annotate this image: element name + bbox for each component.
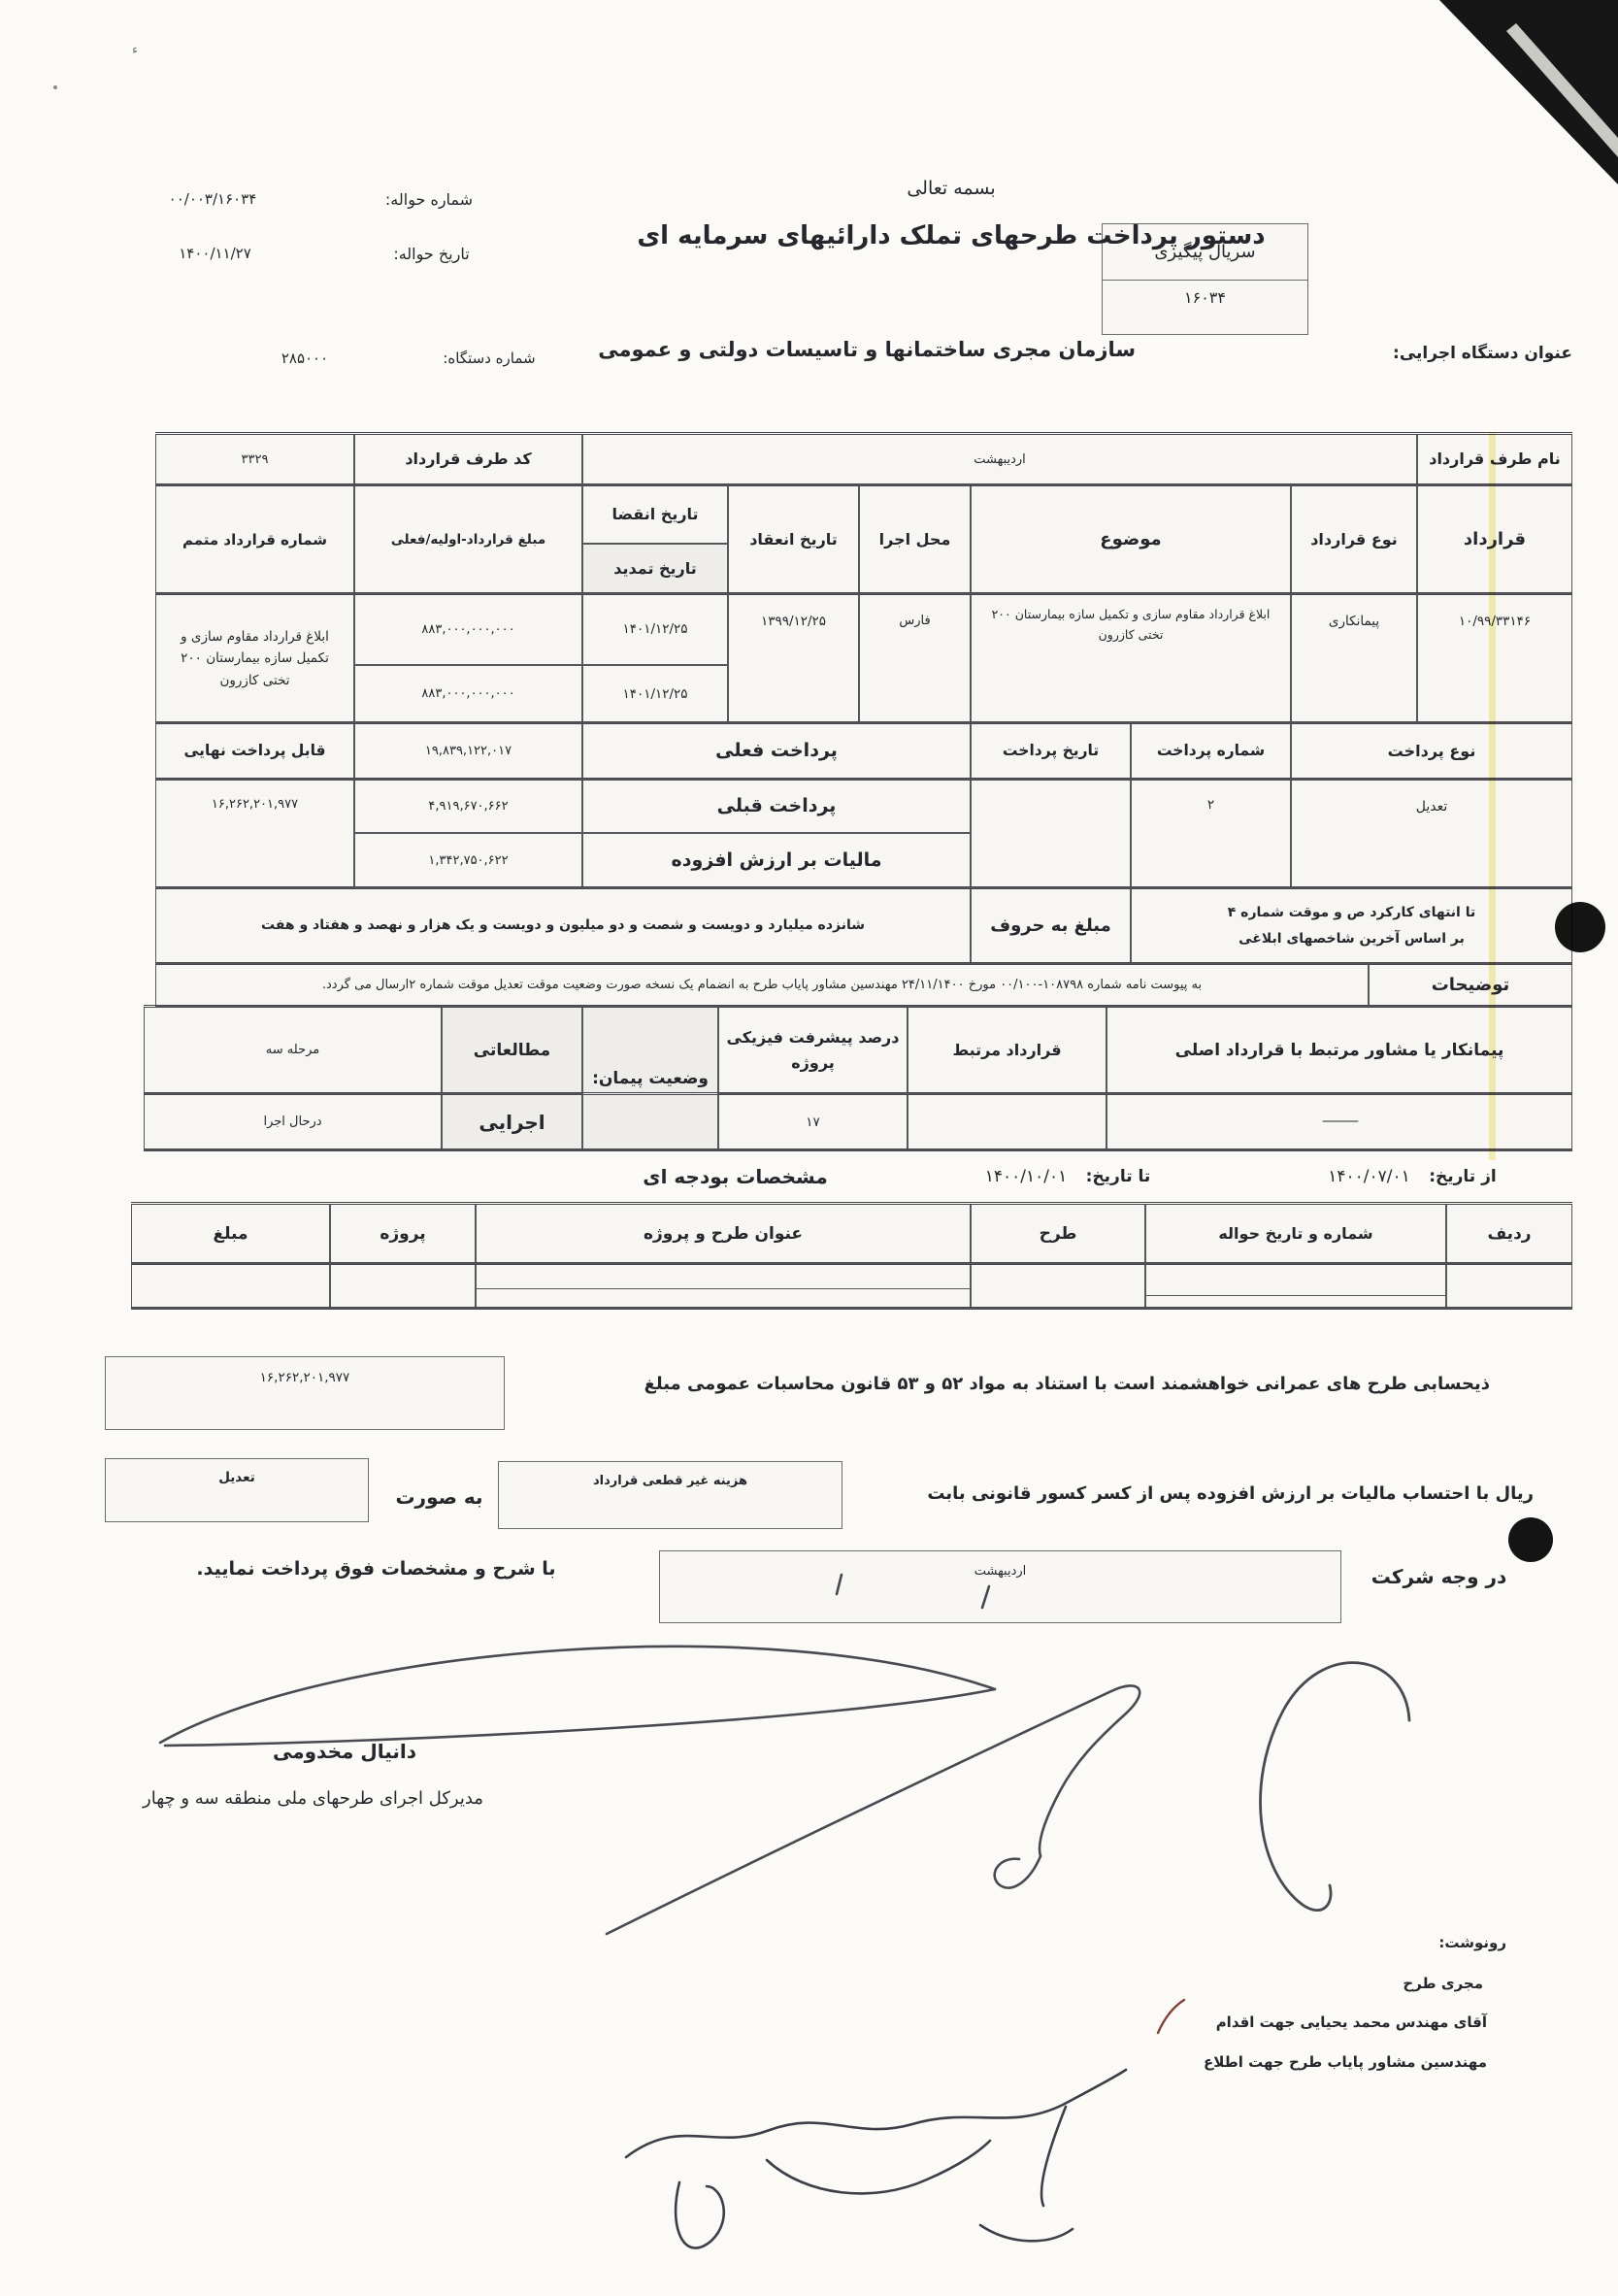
budget-row-header: ردیف bbox=[1446, 1204, 1572, 1264]
budget-project-header: پروژه bbox=[330, 1204, 476, 1264]
page-curl-artifact bbox=[1439, 0, 1618, 184]
notes-label: توضیحات bbox=[1369, 964, 1572, 1007]
rule bbox=[131, 1262, 1572, 1266]
contract-amount-header: مبلغ قرارداد-اولیه/فعلی bbox=[354, 485, 582, 594]
contract-no-header: قرارداد bbox=[1417, 485, 1572, 594]
vat-value: ۱,۳۴۲,۷۵۰,۶۲۲ bbox=[354, 833, 582, 888]
party-code-value: ۳۳۲۹ bbox=[155, 434, 354, 485]
contract-no-value: ۱۰/۹۹/۳۳۱۴۶ bbox=[1417, 594, 1572, 723]
from-date-label: از تاریخ: bbox=[1429, 1167, 1497, 1186]
budget-amount-cell bbox=[131, 1264, 330, 1309]
stray-dot bbox=[53, 85, 57, 89]
rule bbox=[155, 592, 1572, 596]
stage-value: درحال اجرا bbox=[144, 1094, 442, 1150]
payment-no-header: شماره پرداخت bbox=[1131, 723, 1291, 780]
signer-name: دانیال مخدومی bbox=[243, 1740, 446, 1763]
signature-stroke bbox=[995, 1856, 1040, 1888]
amount-in-words-label: مبلغ به حروف bbox=[971, 888, 1131, 964]
current-payment-label: پرداخت فعلی bbox=[582, 723, 971, 780]
device-no-label: شماره دستگاه: bbox=[420, 349, 558, 367]
party-code-label: کد طرف قرارداد bbox=[354, 434, 582, 485]
rule bbox=[155, 483, 1572, 487]
budget-project-cell bbox=[330, 1264, 476, 1309]
related-consultant-header: پیمانکار یا مشاور مرتبط با قرارداد اصلی bbox=[1106, 1007, 1572, 1094]
signer-title: مدیرکل اجرای طرحهای ملی منطقه سه و چهار bbox=[126, 1788, 500, 1809]
handwriting-stroke bbox=[767, 2141, 990, 2193]
pay-to-label: در وجه شرکت bbox=[1364, 1565, 1514, 1588]
handwritten-note bbox=[626, 2070, 1126, 2248]
previous-payment-value: ۴,۹۱۹,۶۷۰,۶۶۲ bbox=[354, 780, 582, 833]
rule bbox=[155, 721, 1572, 725]
pay-instruction: با شرح و مشخصات فوق پرداخت نمایید. bbox=[131, 1558, 621, 1580]
expense-type-value: هزینه غیر قطعی قرارداد bbox=[499, 1462, 842, 1488]
havaleh-date-label: تاریخ حواله: bbox=[377, 245, 486, 263]
agency-title-label: عنوان دستگاه اجرایی: bbox=[1383, 344, 1582, 363]
contract-type-header: نوع قرارداد bbox=[1291, 485, 1417, 594]
location-value: فارس bbox=[859, 594, 971, 723]
rule bbox=[155, 432, 1572, 436]
rule bbox=[155, 778, 1572, 782]
handwriting-stroke bbox=[676, 2182, 724, 2248]
rule bbox=[144, 1092, 1572, 1096]
from-date: از تاریخ: ۱۴۰۰/۰۷/۰۱ bbox=[1276, 1167, 1548, 1186]
besmele: بسمه تعالی bbox=[830, 178, 1073, 199]
handwriting-stroke bbox=[1041, 2107, 1066, 2206]
as-value: تعدیل bbox=[106, 1459, 368, 1485]
payment-type-value: تعدیل bbox=[1291, 780, 1572, 888]
havaleh-no-label: شماره حواله: bbox=[372, 190, 486, 209]
to-date-label: تا تاریخ: bbox=[1086, 1167, 1151, 1186]
punch-hole-bottom bbox=[1508, 1517, 1553, 1562]
payment-date-header: تاریخ پرداخت bbox=[971, 723, 1131, 780]
rule bbox=[155, 962, 1572, 966]
vat-label: مالیات بر ارزش افزوده bbox=[582, 833, 971, 888]
expense-type-box: هزینه غیر قطعی قرارداد bbox=[498, 1461, 842, 1529]
budget-plan-header: طرح bbox=[971, 1204, 1145, 1264]
rule bbox=[155, 886, 1572, 890]
rule bbox=[144, 1005, 1572, 1009]
signature-stroke bbox=[1040, 1685, 1139, 1856]
amount-initial-value: ۸۸۳,۰۰۰,۰۰۰,۰۰۰ bbox=[354, 594, 582, 665]
related-contract-header: قرارداد مرتبط bbox=[908, 1007, 1106, 1094]
party-name-value: اردیبهشت bbox=[582, 434, 1417, 485]
havaleh-date-value: ۱۴۰۰/۱۱/۲۷ bbox=[144, 245, 286, 262]
payment-date-value bbox=[971, 780, 1131, 888]
budget-title-header: عنوان طرح و پروژه bbox=[476, 1204, 971, 1264]
related-consultant-value: ——— bbox=[1106, 1094, 1572, 1150]
budget-section-title: مشخصات بودجه ای bbox=[626, 1165, 844, 1188]
amount-current-value: ۸۸۳,۰۰۰,۰۰۰,۰۰۰ bbox=[354, 665, 582, 723]
amount-box-value: ۱۶,۲۶۲,۲۰۱,۹۷۷ bbox=[106, 1357, 504, 1385]
study-value: اجرایی bbox=[442, 1094, 582, 1150]
handwriting-stroke bbox=[626, 2070, 1126, 2157]
current-payment-value: ۱۹,۸۳۹,۱۲۲,۰۱۷ bbox=[354, 723, 582, 780]
extension-date-header: تاریخ تمدید bbox=[582, 544, 728, 594]
pay-to-box: اردیبهشت bbox=[659, 1550, 1341, 1623]
expiry-date-value: ۱۴۰۱/۱۲/۲۵ bbox=[582, 594, 728, 665]
checkmark-icon bbox=[1158, 2000, 1184, 2033]
rule bbox=[131, 1202, 1572, 1206]
study-header: مطالعاتی bbox=[442, 1007, 582, 1094]
cc-item-3: مهندسین مشاور پایاب طرح جهت اطلاع bbox=[1186, 2053, 1487, 2071]
party-name-label: نام طرف قرارداد bbox=[1417, 434, 1572, 485]
budget-plan-cell bbox=[971, 1264, 1145, 1309]
rial-line: ریال با احتساب مالیات بر ارزش افزوده پس … bbox=[864, 1483, 1534, 1504]
from-date-value: ۱۴۰۰/۰۷/۰۱ bbox=[1328, 1167, 1410, 1186]
sign-date-header: تاریخ انعقاد bbox=[728, 485, 859, 594]
expiry-date-header: تاریخ انقضا bbox=[582, 485, 728, 544]
device-no-value: ۲۸۵۰۰۰ bbox=[246, 349, 364, 367]
budget-title-subline bbox=[476, 1288, 971, 1289]
previous-payment-label: پرداخت قبلی bbox=[582, 780, 971, 833]
serial-value: ۱۶۰۳۴ bbox=[1103, 281, 1307, 336]
budget-ref-header: شماره و تاریخ حواله bbox=[1145, 1204, 1446, 1264]
contract-status-header: وضعیت پیمان: bbox=[582, 1007, 718, 1150]
as-value-box: تعدیل bbox=[105, 1458, 369, 1522]
subject-header: موضوع bbox=[971, 485, 1291, 594]
signature-stroke bbox=[1261, 1663, 1409, 1911]
budget-title-cell bbox=[476, 1264, 971, 1309]
cc-item-2: آقای مهندس محمد یحیایی جهت اقدام bbox=[1204, 2013, 1487, 2031]
payment-no-value: ۲ bbox=[1131, 780, 1291, 888]
budget-ref-cell bbox=[1145, 1264, 1446, 1309]
to-date: تا تاریخ: ۱۴۰۰/۱۰/۰۱ bbox=[908, 1167, 1228, 1186]
rule bbox=[144, 1148, 1572, 1152]
extension-date-value: ۱۴۰۱/۱۲/۲۵ bbox=[582, 665, 728, 723]
location-header: محل اجرا bbox=[859, 485, 971, 594]
payment-type-header: نوع پرداخت bbox=[1291, 723, 1572, 780]
signature-stroke bbox=[160, 1647, 995, 1743]
page-curl-highlight bbox=[1506, 23, 1618, 157]
rule bbox=[131, 1307, 1572, 1311]
period-note-line2: بر اساس آخرین شاخصهای ابلاغی bbox=[1228, 926, 1475, 952]
physical-progress-header: درصد پیشرفت فیزیکی پروژه bbox=[718, 1007, 908, 1094]
period-note-cell: تا انتهای کارکرد ص و موقت شماره ۴ بر اسا… bbox=[1131, 888, 1572, 964]
budget-amount-header: مبلغ bbox=[131, 1204, 330, 1264]
period-note-line1: تا انتهای کارکرد ص و موقت شماره ۴ bbox=[1228, 900, 1475, 926]
stage-header: مرحله سه bbox=[144, 1007, 442, 1094]
agency-name: سازمان مجری ساختمانها و تاسیسات دولتی و … bbox=[621, 338, 1136, 361]
signature-oval bbox=[1261, 1663, 1409, 1911]
request-line: ذیحسابی طرح های عمرانی خواهشمند است با ا… bbox=[456, 1374, 1490, 1394]
final-payable-label: قابل پرداخت نهایی bbox=[155, 723, 354, 780]
cc-item-1: مجری طرح bbox=[1359, 1975, 1483, 1992]
to-date-value: ۱۴۰۰/۱۰/۰۱ bbox=[985, 1167, 1068, 1186]
amount-in-words: شانزده میلیارد و دویست و شصت و دو میلیون… bbox=[155, 888, 971, 964]
cc-label: رونوشت: bbox=[1398, 1934, 1506, 1951]
handwriting-stroke bbox=[980, 2225, 1073, 2241]
final-payable-value: ۱۶,۲۶۲,۲۰۱,۹۷۷ bbox=[155, 780, 354, 888]
contract-type-value: پیمانکاری bbox=[1291, 594, 1417, 723]
sign-date-value: ۱۳۹۹/۱۲/۲۵ bbox=[728, 594, 859, 723]
notes-value: به پیوست نامه شماره ۱۰۸۷۹۸‏-‏۰۰/۱۰۰ مورخ… bbox=[155, 964, 1369, 1007]
scanned-payment-order-document: ء سریال پیگیری ۱۶۰۳۴ بسمه تعالی دستور پر… bbox=[0, 0, 1618, 2296]
amount-box: ۱۶,۲۶۲,۲۰۱,۹۷۷ bbox=[105, 1356, 505, 1430]
subject-value: ابلاغ قرارداد مقاوم سازی و تکمیل سازه بی… bbox=[971, 594, 1291, 723]
signature-stroke bbox=[607, 1691, 1111, 1934]
physical-progress-value: ۱۷ bbox=[718, 1094, 908, 1150]
related-contract-value bbox=[908, 1094, 1106, 1150]
budget-ref-subline bbox=[1145, 1295, 1446, 1296]
supplement-value: ابلاغ قرارداد مقاوم سازی و تکمیل سازه بی… bbox=[155, 594, 354, 723]
stray-mark: ء bbox=[132, 43, 138, 57]
pay-to-value: اردیبهشت bbox=[660, 1551, 1340, 1579]
havaleh-no-value: ۰۰/۰۰۳/۱۶۰۳۴ bbox=[129, 190, 296, 208]
signature-stroke bbox=[165, 1689, 995, 1746]
budget-row-cell bbox=[1446, 1264, 1572, 1309]
supplement-header: شماره قرارداد متمم bbox=[155, 485, 354, 594]
as-label: به صورت bbox=[383, 1485, 495, 1509]
document-title: دستور پرداخت طرحهای تملک دارائیهای سرمای… bbox=[578, 221, 1325, 250]
